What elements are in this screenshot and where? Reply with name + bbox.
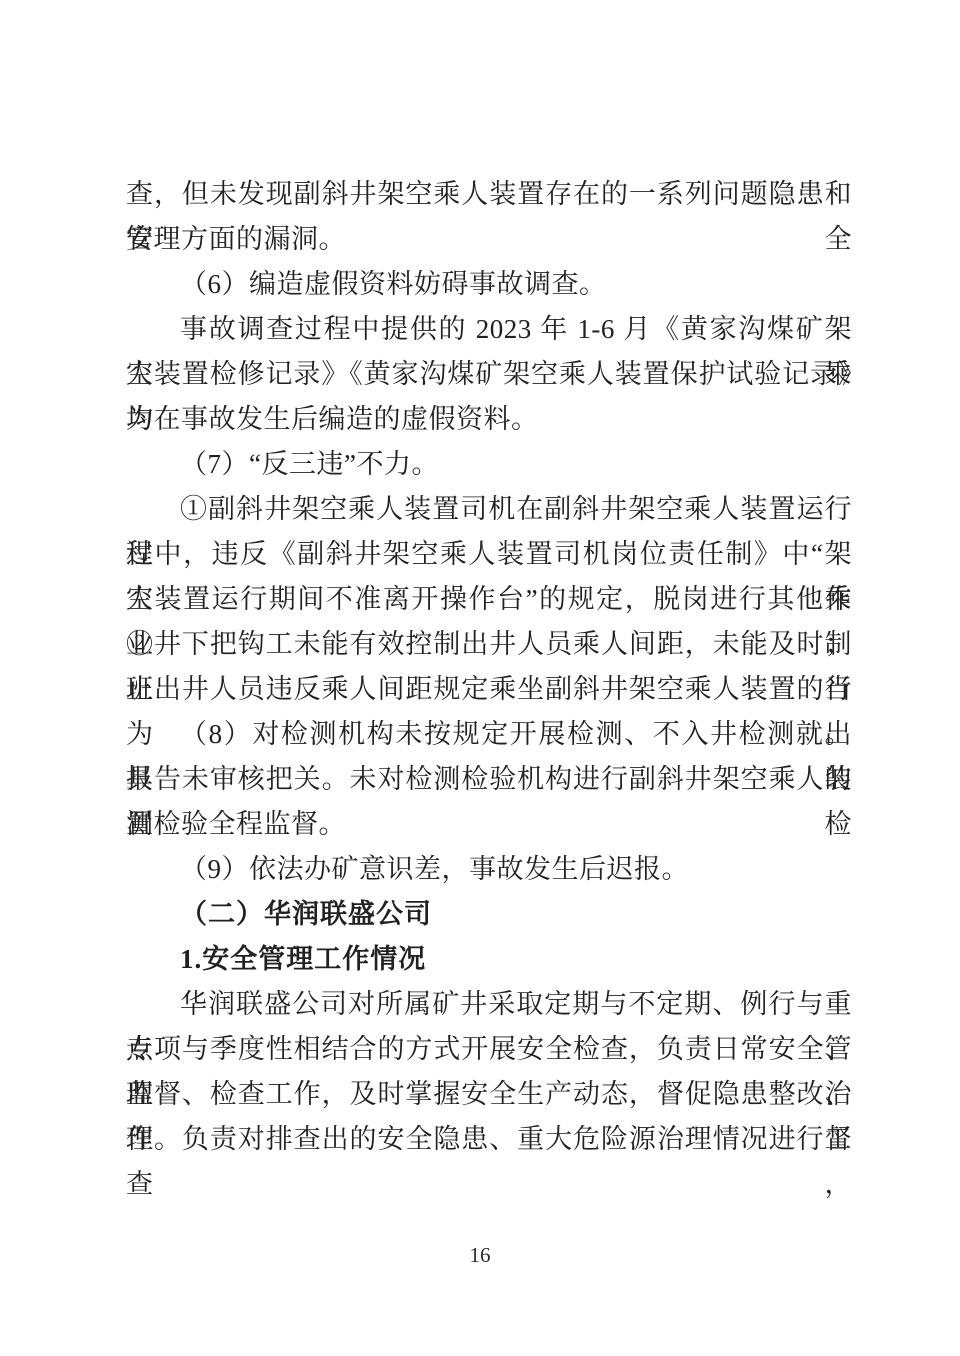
text-line: 专项与季度性相结合的方式开展安全检查，负责日常安全管理、 xyxy=(126,1027,852,1072)
document-page: 查，但未发现副斜井架空乘人装置存在的一系列问题隐患和安全 管理方面的漏洞。 （6… xyxy=(0,0,960,1356)
text-line: 作。负责对排查出的安全隐患、重大危险源治理情况进行督查， xyxy=(126,1117,852,1162)
list-item-7: （7）“反三违”不力。 xyxy=(126,442,852,487)
list-item-6: （6）编造虚假资料妨碍事故调查。 xyxy=(126,262,852,307)
section-heading: （二）华润联盛公司 xyxy=(126,892,852,937)
text-line: 事故调查过程中提供的 2023 年 1-6 月《黄家沟煤矿架空乘 xyxy=(126,307,852,352)
text-line: 人装置检修记录》《黄家沟煤矿架空乘人装置保护试验记录》均 xyxy=(126,352,852,397)
text-line: 程中，违反《副斜井架空乘人装置司机岗位责任制》中“架空乘 xyxy=(126,532,852,577)
text-line: 班出井人员违反乘人间距规定乘坐副斜井架空乘人装置的行为。 xyxy=(126,667,852,712)
document-body: 查，但未发现副斜井架空乘人装置存在的一系列问题隐患和安全 管理方面的漏洞。 （6… xyxy=(126,172,852,1162)
page-number: 16 xyxy=(0,1240,960,1270)
text-line: 监督、检查工作，及时掌握安全生产动态，督促隐患整改治理工 xyxy=(126,1072,852,1117)
text-line: 华润联盛公司对所属矿井采取定期与不定期、例行与重点、 xyxy=(126,982,852,1027)
text-line: 为在事故发生后编造的虚假资料。 xyxy=(126,397,852,442)
list-item-8: （8）对检测机构未按规定开展检测、不入井检测就出具的 xyxy=(126,712,852,757)
text-line: ①副斜井架空乘人装置司机在副斜井架空乘人装置运行过 xyxy=(126,487,852,532)
list-item-9: （9）依法办矿意识差，事故发生后迟报。 xyxy=(126,847,852,892)
text-line: ②井下把钩工未能有效控制出井人员乘人间距，未能及时制止当 xyxy=(126,622,852,667)
subsection-heading: 1.安全管理工作情况 xyxy=(126,937,852,982)
text-line: 查，但未发现副斜井架空乘人装置存在的一系列问题隐患和安全 xyxy=(126,172,852,217)
text-line: 人装置运行期间不准离开操作台”的规定，脱岗进行其他作业； xyxy=(126,577,852,622)
text-line: 报告未审核把关。未对检测检验机构进行副斜井架空乘人装置检 xyxy=(126,757,852,802)
